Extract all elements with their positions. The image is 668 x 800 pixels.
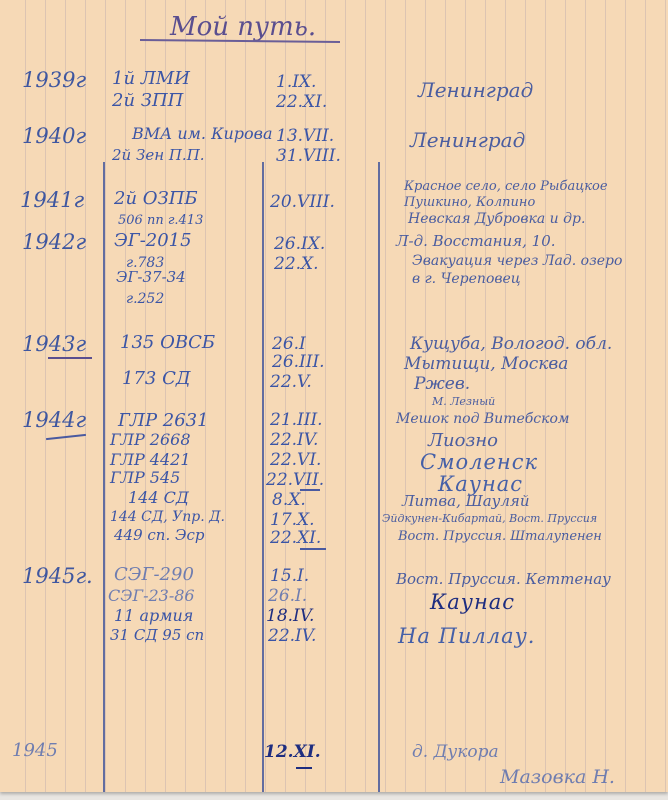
date: 22.X.: [274, 256, 319, 273]
signature: Мазовка Н.: [500, 768, 615, 787]
handwritten-page: Мой путь. 1939г 1й ЛМИ 2й ЗПП 1.IX. 22.X…: [0, 0, 668, 792]
date: 26.I: [272, 336, 306, 353]
place: Эвакуация через Лад. озеро: [412, 254, 622, 268]
unit: ЭГ-2015: [114, 232, 192, 250]
unit: 144 СД: [128, 490, 189, 506]
date: 13.VII.: [276, 128, 334, 145]
place: Эйдкунен-Кибартай, Вост. Пруссия: [382, 513, 597, 524]
year-1945-final: 1945: [12, 742, 58, 760]
date: 22.XI.: [276, 94, 327, 111]
unit: СЭГ-290: [114, 566, 194, 584]
place: Ленинград: [418, 80, 533, 100]
place: Красное село, село Рыбацкое: [404, 180, 608, 193]
year-1944: 1944г: [22, 410, 86, 431]
place: Вост. Пруссия. Кеттенау: [396, 572, 611, 587]
unit: 31 СД 95 сп: [110, 628, 204, 643]
date: 31.VIII.: [276, 148, 341, 165]
date: 26.III.: [272, 354, 325, 371]
place: Невская Дубровка и др.: [408, 212, 585, 226]
date: 22.IV.: [270, 432, 318, 449]
unit: ГЛР 2668: [110, 432, 191, 448]
date: 22.IV.: [268, 628, 316, 645]
place: в г. Череповец: [412, 272, 521, 286]
unit: ВМА им. Кирова: [132, 126, 273, 142]
unit: 506 пп г.413: [118, 214, 203, 227]
unit: 11 армия: [114, 608, 193, 624]
date-underline: [300, 548, 326, 550]
place: Ленинград: [410, 130, 525, 150]
unit: 135 ОВСБ: [120, 334, 215, 352]
date: 22.VI.: [270, 452, 321, 469]
unit: СЭГ-23-86: [108, 588, 195, 604]
date: 1.IX.: [276, 74, 316, 91]
unit: 449 сп. Эср: [114, 528, 204, 543]
year-1939: 1939г: [22, 70, 86, 91]
date: 8.X.: [272, 492, 306, 509]
unit: 2й ЗПП: [112, 92, 183, 110]
date: 18.IV.: [266, 608, 314, 625]
place: Смоленск: [420, 452, 538, 473]
place: На Пиллау.: [398, 626, 535, 647]
column-divider-unit-date: [262, 162, 264, 792]
unit: ГЛР 545: [110, 470, 180, 486]
unit: 144 СД, Упр. Д.: [110, 510, 225, 524]
year-arrow: [46, 434, 86, 440]
place: Каунас: [430, 592, 515, 613]
place: Мытищи, Москва: [404, 356, 568, 373]
date: 17.X.: [270, 512, 315, 529]
page-title: Мой путь.: [170, 14, 316, 40]
date: 15.I.: [270, 568, 309, 585]
place: Мешок под Витебском: [396, 412, 570, 426]
place: Литва, Шауляй: [402, 494, 530, 509]
unit: 173 СД: [122, 370, 190, 388]
unit: ГЛР 4421: [110, 452, 191, 468]
place: Вост. Пруссия. Шталупенен: [398, 530, 602, 543]
date: 20.VIII.: [270, 194, 335, 211]
year-1940: 1940г: [22, 126, 86, 147]
place: Пушкино, Колпино: [404, 196, 535, 209]
place: Ржев.: [414, 376, 470, 393]
unit: г.252: [126, 292, 164, 306]
year-1942: 1942г: [22, 232, 86, 253]
date-underline: [296, 767, 312, 769]
year-underline: [48, 357, 92, 359]
year-1943: 1943г: [22, 334, 86, 355]
column-divider-date-place: [378, 162, 380, 792]
unit: ЭГ-37-34: [116, 270, 186, 285]
unit: 2й Зен П.П.: [112, 148, 205, 163]
date: 26.IX.: [274, 236, 325, 253]
unit: 1й ЛМИ: [112, 70, 190, 88]
year-1941: 1941г: [20, 190, 84, 211]
place: Л-д. Восстания, 10.: [396, 234, 556, 249]
date: 21.III.: [270, 412, 323, 429]
place-note: М. Лезный: [432, 396, 495, 407]
date: 26.I.: [268, 588, 307, 605]
date: 22.VII.: [266, 472, 324, 489]
place: Кущуба, Вологод. обл.: [410, 336, 612, 353]
date: 12.XI.: [264, 744, 321, 761]
column-divider-year-unit: [103, 162, 105, 792]
year-1945: 1945г.: [22, 566, 93, 587]
place: д. Дукора: [412, 744, 499, 761]
place: Лиозно: [428, 432, 498, 450]
unit: ГЛР 2631: [118, 412, 209, 430]
unit: 2й ОЗПБ: [114, 190, 198, 208]
date: 22.XI.: [270, 530, 321, 547]
date: 22.V.: [270, 374, 312, 391]
